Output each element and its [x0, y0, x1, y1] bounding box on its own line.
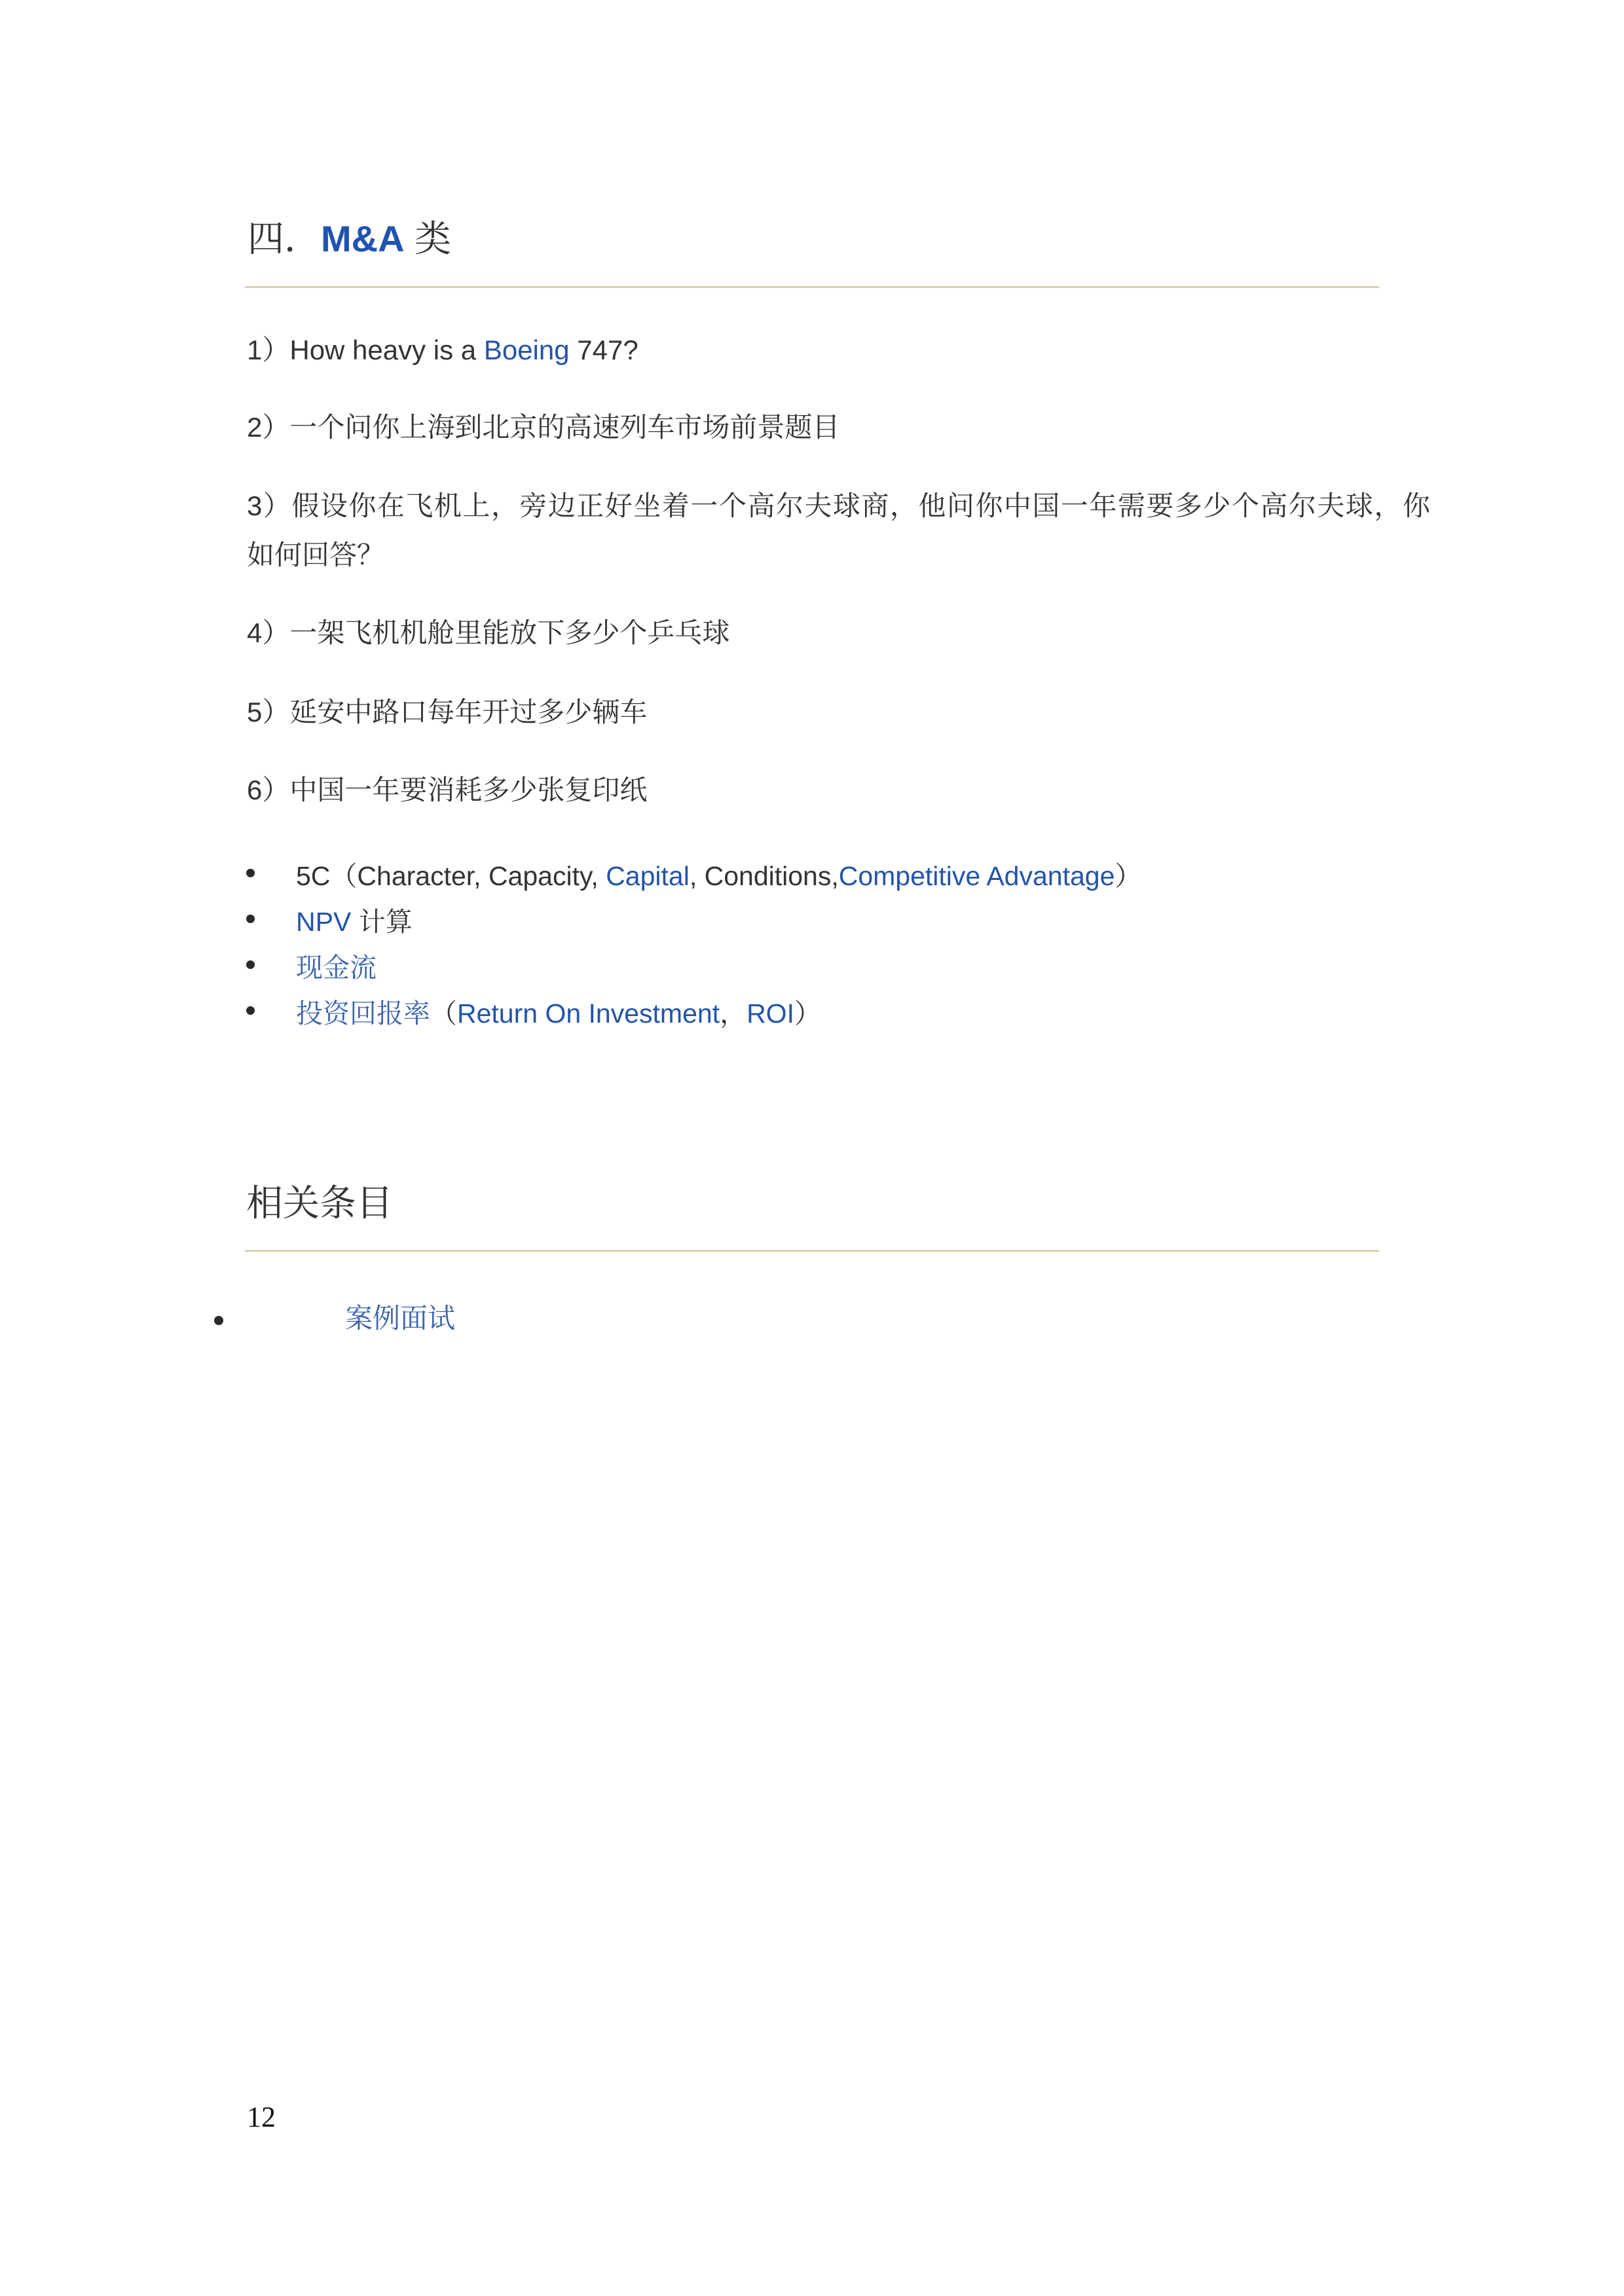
question-number: 3） — [247, 490, 291, 521]
question-number: 4） — [247, 617, 289, 648]
question-2: 2）一个问你上海到北京的高速列车市场前景题目 — [247, 409, 840, 446]
competitive-advantage-link[interactable]: Competitive Advantage — [839, 861, 1115, 891]
bullet-text: ） — [794, 998, 821, 1029]
bullet-item-cash-flow: 现金流 — [296, 949, 377, 986]
capital-link[interactable]: Capital — [606, 861, 690, 891]
bullet-text: ） — [1115, 861, 1141, 891]
heading-prefix: 四． — [248, 218, 321, 259]
bullet-icon — [246, 960, 255, 969]
question-text: 中国一年要消耗多少张复印纸 — [289, 774, 647, 805]
section-divider — [245, 286, 1379, 288]
bullet-text: （ — [430, 998, 457, 1029]
bullet-text: ， — [720, 998, 747, 1029]
question-text: 假设你在飞机上，旁边正好坐着一个高尔夫球商，他问你中国一年需要多少个高尔夫球，你 — [291, 490, 1431, 521]
roi-cn-link[interactable]: 投资回报率 — [296, 998, 430, 1029]
question-number: 6） — [247, 774, 289, 805]
section-heading-ma: 四．M&A 类 — [248, 218, 451, 260]
page-number: 12 — [247, 2100, 276, 2134]
question-4: 4）一架飞机机舱里能放下多少个乒乓球 — [247, 615, 729, 651]
question-3-line-2: 如何回答？ — [247, 537, 384, 574]
bullet-item-5c: 5C（Character, Capacity, Capital, Conditi… — [296, 858, 1141, 894]
bullet-icon — [246, 869, 255, 877]
bullet-text: 5C（Character, Capacity, — [296, 861, 606, 891]
question-text: How heavy is a — [289, 335, 483, 365]
bullet-icon — [246, 915, 255, 923]
heading-suffix: 类 — [405, 218, 452, 259]
question-text: 747? — [570, 335, 638, 365]
cash-flow-link[interactable]: 现金流 — [296, 953, 377, 983]
return-on-investment-link[interactable]: Return On Investment — [457, 998, 720, 1029]
heading-highlight-ma: M&A — [321, 218, 405, 259]
related-divider — [245, 1250, 1379, 1252]
boeing-link[interactable]: Boeing — [484, 335, 570, 365]
question-number: 1） — [247, 335, 289, 365]
question-text-continued: 如何回答？ — [247, 539, 384, 570]
question-5: 5）延安中路口每年开过多少辆车 — [247, 694, 647, 731]
npv-link[interactable]: NPV — [296, 907, 351, 937]
bullet-icon — [246, 1006, 255, 1015]
bullet-item-roi: 投资回报率（Return On Investment，ROI） — [296, 995, 821, 1032]
bullet-text: , Conditions, — [690, 861, 839, 891]
roi-link[interactable]: ROI — [747, 998, 794, 1029]
question-6: 6）中国一年要消耗多少张复印纸 — [247, 772, 647, 809]
question-1: 1）How heavy is a Boeing 747? — [247, 332, 638, 369]
question-number: 5） — [247, 697, 289, 727]
bullet-text: 计算 — [351, 907, 412, 937]
related-item-case-interview: 案例面试 — [345, 1300, 455, 1337]
question-number: 2） — [247, 412, 289, 443]
question-3-line-1: 3）假设你在飞机上，旁边正好坐着一个高尔夫球商，他问你中国一年需要多少个高尔夫球… — [247, 488, 1431, 524]
bullet-item-npv: NPV 计算 — [296, 903, 413, 940]
question-text: 一架飞机机舱里能放下多少个乒乓球 — [289, 617, 729, 648]
question-text: 一个问你上海到北京的高速列车市场前景题目 — [289, 412, 840, 443]
case-interview-link[interactable]: 案例面试 — [345, 1303, 455, 1334]
bullet-icon — [214, 1316, 223, 1325]
related-heading: 相关条目 — [246, 1182, 393, 1224]
question-text: 延安中路口每年开过多少辆车 — [289, 697, 647, 727]
